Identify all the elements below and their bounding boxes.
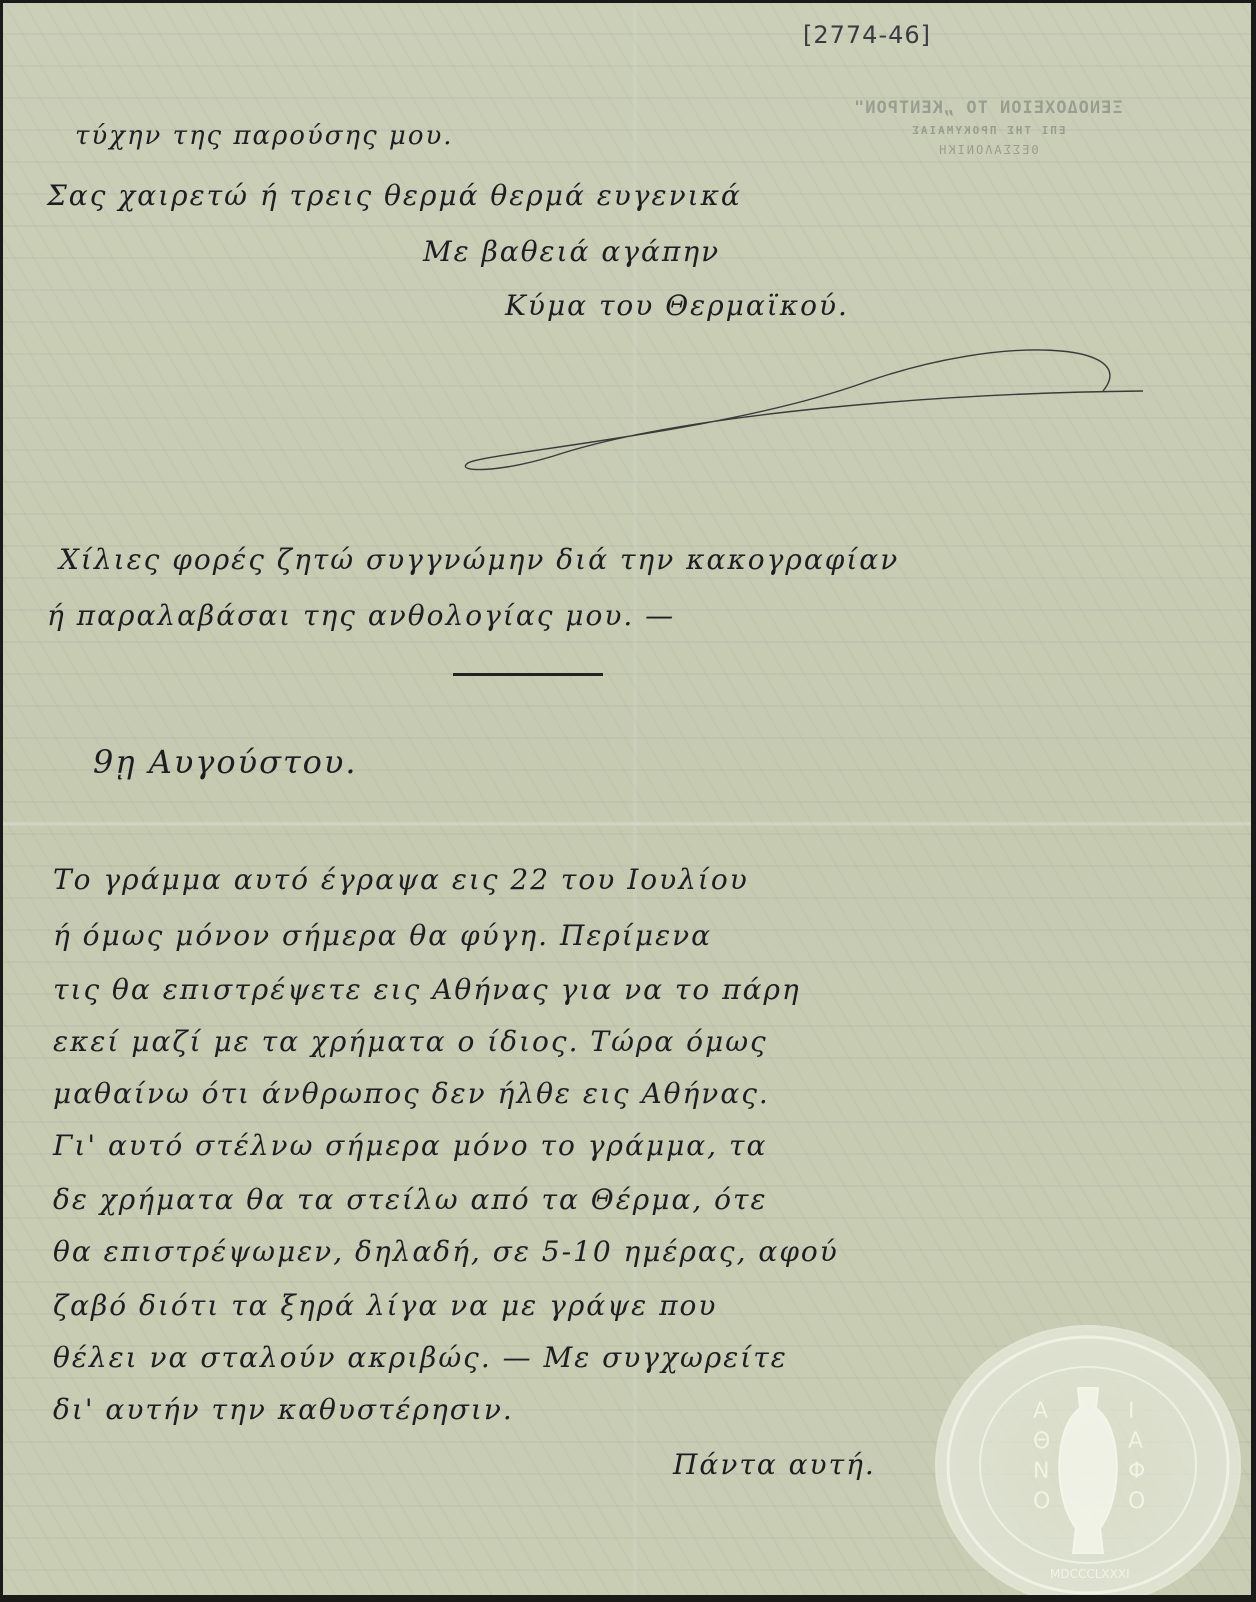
closing-line: Σας χαιρετώ ή τρεις θερμά θερμά ευγενικά [47, 179, 742, 212]
postscript-line: μαθαίνω ότι άνθρωπος δεν ήλθε εις Αθήνας… [53, 1077, 770, 1110]
postscript-date: 9ῃ Αυγούστου. [93, 743, 358, 781]
svg-text:Ι: Ι [1128, 1399, 1135, 1424]
postscript-signoff: Πάντα αυτή. [673, 1448, 876, 1481]
svg-text:Α: Α [1128, 1429, 1143, 1454]
letterhead-address: ΕΠΙ ΤΗΣ ΠΡΟΚΥΜΑΙΑΣ [853, 124, 1123, 137]
separator-rule [453, 673, 603, 676]
signature-flourish [443, 323, 1163, 483]
postscript-line: θα επιστρέψωμεν, δηλαδή, σε 5-10 ημέρας,… [53, 1235, 839, 1268]
postscript-line: εκεί μαζί με τα χρήματα ο ίδιος. Τώρα όμ… [53, 1025, 768, 1058]
postscript-line: Το γράμμα αυτό έγραψα εις 22 του Ιουλίου [53, 863, 749, 896]
postscript-line: ζαβό διότι τα ξηρά λίγα να με γράψε που [53, 1289, 717, 1322]
letterhead-hotel-name: ΞΕΝΟΔΟΧΕΙΟΝ ΤΟ „ΚΕΝΤΡΟΝ" [853, 98, 1123, 118]
horizontal-fold [3, 821, 1251, 827]
apology-line: Χίλιες φορές ζητώ συγγνώμην διά την κακο… [59, 543, 899, 576]
postscript-line: Γι' αυτό στέλνω σήμερα μόνο το γράμμα, τ… [53, 1129, 767, 1162]
postscript-line: τις θα επιστρέψετε εις Αθήνας για να το … [53, 973, 801, 1006]
postscript-line: δε χρήματα θα τα στείλω από τα Θέρμα, ότ… [53, 1183, 768, 1216]
svg-text:Ο: Ο [1128, 1489, 1145, 1514]
signature: Κύμα του Θερμαϊκού. [505, 289, 849, 322]
closing-line: Με βαθειά αγάπην [423, 235, 720, 268]
svg-text:MDCCCLXXXI: MDCCCLXXXI [1050, 1567, 1130, 1581]
apology-line: ή παραλαβάσαι της ανθολογίας μου. — [47, 599, 675, 632]
archive-reference: [2774-46] [803, 21, 931, 49]
svg-text:Φ: Φ [1128, 1459, 1145, 1484]
svg-text:Α: Α [1033, 1399, 1048, 1424]
letter-page: [2774-46] ΞΕΝΟΔΟΧΕΙΟΝ ΤΟ „ΚΕΝΤΡΟΝ" ΕΠΙ Τ… [3, 3, 1251, 1595]
letterhead-bleedthrough: ΞΕΝΟΔΟΧΕΙΟΝ ΤΟ „ΚΕΝΤΡΟΝ" ΕΠΙ ΤΗΣ ΠΡΟΚΥΜΑ… [853, 98, 1123, 157]
institution-seal: Α Θ Ν Ο Ι Α Φ Ο MDCCCLXXXI [938, 1328, 1238, 1595]
svg-text:Ν: Ν [1033, 1459, 1049, 1484]
postscript-line: ή όμως μόνον σήμερα θα φύγη. Περίμενα [53, 919, 712, 952]
svg-text:Ο: Ο [1033, 1489, 1050, 1514]
postscript-line: θέλει να σταλούν ακριβώς. — Με συγχωρείτ… [53, 1341, 788, 1374]
svg-text:Θ: Θ [1033, 1429, 1050, 1454]
seal-emblem-icon: Α Θ Ν Ο Ι Α Φ Ο MDCCCLXXXI [938, 1328, 1238, 1595]
closing-line: τύχην της παρούσης μου. [75, 121, 454, 151]
letterhead-city: ΘΕΣΣΑΛΟΝΙΚΗ [853, 143, 1123, 157]
postscript-line: δι' αυτήν την καθυστέρησιν. [53, 1393, 514, 1426]
